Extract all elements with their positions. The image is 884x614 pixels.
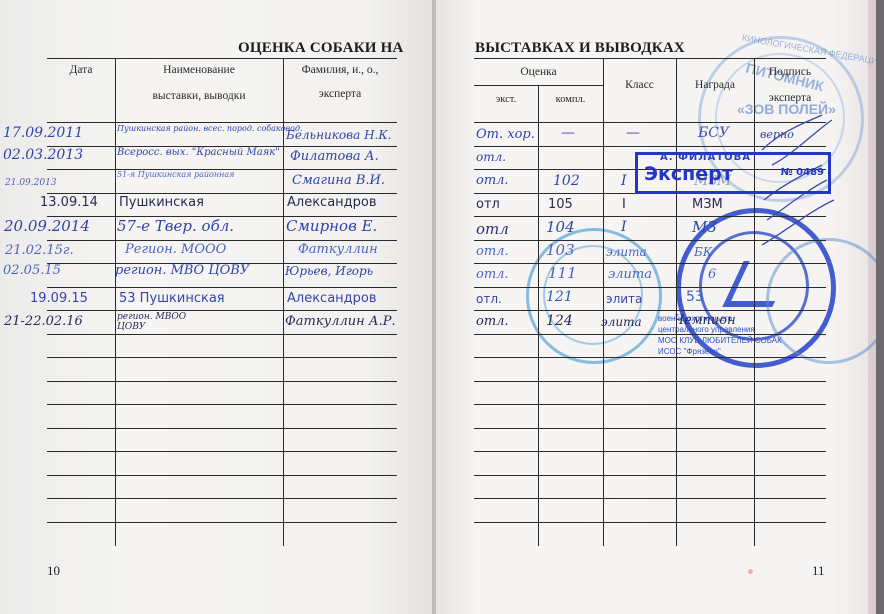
- row-class: элита: [606, 243, 647, 261]
- row-date: 20.09.2014: [4, 217, 90, 235]
- row-ext: отл: [476, 196, 500, 214]
- row-rule: [474, 522, 826, 523]
- row-date: 21.09.2013: [5, 174, 57, 192]
- stamp-text-line: ИСОС "Фрязево": [658, 347, 721, 356]
- column-rule: [538, 85, 539, 546]
- row-date: 02.05.15: [3, 262, 61, 280]
- page-number-right: 11: [812, 563, 825, 579]
- row-award: Чемпион: [674, 312, 736, 330]
- row-rule: [47, 428, 397, 429]
- header-rating: Оценка: [474, 62, 603, 82]
- row-rule: [47, 475, 397, 476]
- row-award: МЗ: [692, 218, 717, 236]
- header-rating-comp: компл.: [538, 90, 603, 110]
- row-event: регион. МВОО ЦОВУ: [117, 312, 187, 332]
- row-ext: отл: [476, 220, 509, 238]
- row-date: 13.09.14: [40, 194, 98, 212]
- row-rule: [47, 334, 397, 335]
- row-rule: [474, 357, 826, 358]
- header-expert-2: эксперта: [283, 84, 397, 104]
- row-class: элита: [606, 290, 642, 308]
- header-expert-1: Фамилия, и., о.,: [283, 60, 397, 80]
- row-expert: Филатова А.: [290, 148, 379, 166]
- row-ext: отл.: [476, 172, 509, 190]
- row-date: 02.03.2013: [3, 146, 83, 164]
- row-class: I: [621, 172, 627, 190]
- row-rule: [474, 334, 826, 335]
- row-comp: 105: [548, 196, 573, 214]
- row-expert: Фаткуллин: [298, 241, 378, 259]
- row-class: элита: [601, 313, 642, 331]
- column-rule: [676, 58, 677, 546]
- row-event: Пушкинская район. всес. пород. собаковод…: [117, 124, 303, 133]
- right-page: КИНОЛОГИЧЕСКАЯ ФЕДЕРАЦИЯ ПИТОМНИК «ЗОВ П…: [436, 0, 876, 614]
- row-date: 19.09.15: [30, 290, 88, 308]
- row-date: 21-22.02.16: [4, 313, 83, 331]
- row-expert: Юрьев, Игорь: [285, 262, 373, 280]
- row-comp: 103: [546, 241, 575, 259]
- row-expert: Смагина В.И.: [292, 172, 385, 190]
- row-award: 6: [708, 266, 716, 284]
- row-rule: [474, 451, 826, 452]
- expert-signatures: [752, 110, 842, 330]
- row-class: I: [622, 196, 626, 214]
- table-border: [47, 122, 397, 123]
- column-rule: [115, 58, 116, 546]
- row-rule: [474, 428, 826, 429]
- row-ext: От. хор.: [476, 126, 535, 144]
- row-rule: [474, 381, 826, 382]
- row-rule: [47, 287, 397, 288]
- header-date: Дата: [47, 60, 115, 80]
- row-rule: [474, 404, 826, 405]
- row-rule: [47, 381, 397, 382]
- row-rule: [47, 522, 397, 523]
- row-comp: 104: [546, 218, 575, 236]
- row-ext: отл.: [476, 313, 509, 331]
- row-comp: 121: [546, 288, 573, 306]
- row-class: I: [621, 218, 627, 236]
- header-event-2: выставки, выводки: [115, 86, 283, 106]
- row-expert: Фаткуллин А.Р.: [285, 313, 396, 331]
- row-event: Регион. МООО: [125, 241, 226, 259]
- row-award: БК: [694, 243, 712, 261]
- row-comp: —: [561, 124, 575, 142]
- row-ext: отл.: [476, 148, 506, 166]
- row-ext: отл.: [476, 266, 509, 284]
- row-rule: [474, 498, 826, 499]
- header-event-1: Наименование: [115, 60, 283, 80]
- row-date: 17.09.2011: [3, 124, 83, 142]
- row-comp: 111: [548, 264, 577, 282]
- row-rule: [47, 404, 397, 405]
- page-title-left: ОЦЕНКА СОБАКИ НА: [238, 40, 404, 57]
- column-rule: [603, 58, 604, 546]
- row-award: 53: [686, 288, 704, 306]
- row-expert: Александров: [287, 290, 377, 308]
- row-ext: отл.: [476, 243, 509, 261]
- header-rating-ext: экст.: [474, 90, 538, 110]
- row-event: Пушкинская: [119, 194, 204, 212]
- row-rule: [47, 498, 397, 499]
- row-rule: [474, 475, 826, 476]
- header-sign-2: эксперта: [754, 88, 826, 108]
- header-award: Награда: [676, 75, 754, 95]
- row-event: 57-е Твер. обл.: [117, 217, 234, 235]
- row-award: БСУ: [698, 124, 729, 142]
- table-border: [474, 58, 826, 59]
- row-rule: [47, 310, 397, 311]
- row-rule: [47, 357, 397, 358]
- left-page: ОЦЕНКА СОБАКИ НА Дата Наименование выста…: [0, 0, 434, 614]
- table-border: [47, 58, 397, 59]
- row-expert: Бельникова Н.К.: [286, 126, 391, 144]
- row-class: —: [626, 124, 640, 142]
- row-expert: Александров: [287, 194, 377, 212]
- row-event: регион. МВО ЦОВУ: [115, 262, 249, 280]
- row-comp: 124: [546, 312, 573, 330]
- row-rule: [47, 451, 397, 452]
- row-event: 51-я Пушкинская районная: [117, 170, 234, 179]
- row-award: МЗМ: [692, 196, 723, 214]
- row-event: 53 Пушкинская: [119, 290, 225, 308]
- row-event: Всеросс. вых. "Красный Маяк": [117, 147, 280, 158]
- row-class: элита: [608, 266, 652, 284]
- row-comp: 102: [553, 172, 580, 190]
- page-mark: [748, 569, 753, 574]
- row-date: 21.02.15г.: [5, 242, 74, 260]
- page-title-right: ВЫСТАВКАХ И ВЫВОДКАХ: [475, 40, 685, 57]
- expert-stamp: А. ФИЛАТОВА Эксперт № 0489: [635, 152, 831, 194]
- row-expert: Смирнов Е.: [286, 217, 377, 235]
- header-sign-1: Подпись: [754, 62, 826, 82]
- page-number-left: 10: [47, 563, 60, 579]
- header-class: Класс: [603, 75, 676, 95]
- row-ext: отл.: [476, 290, 502, 308]
